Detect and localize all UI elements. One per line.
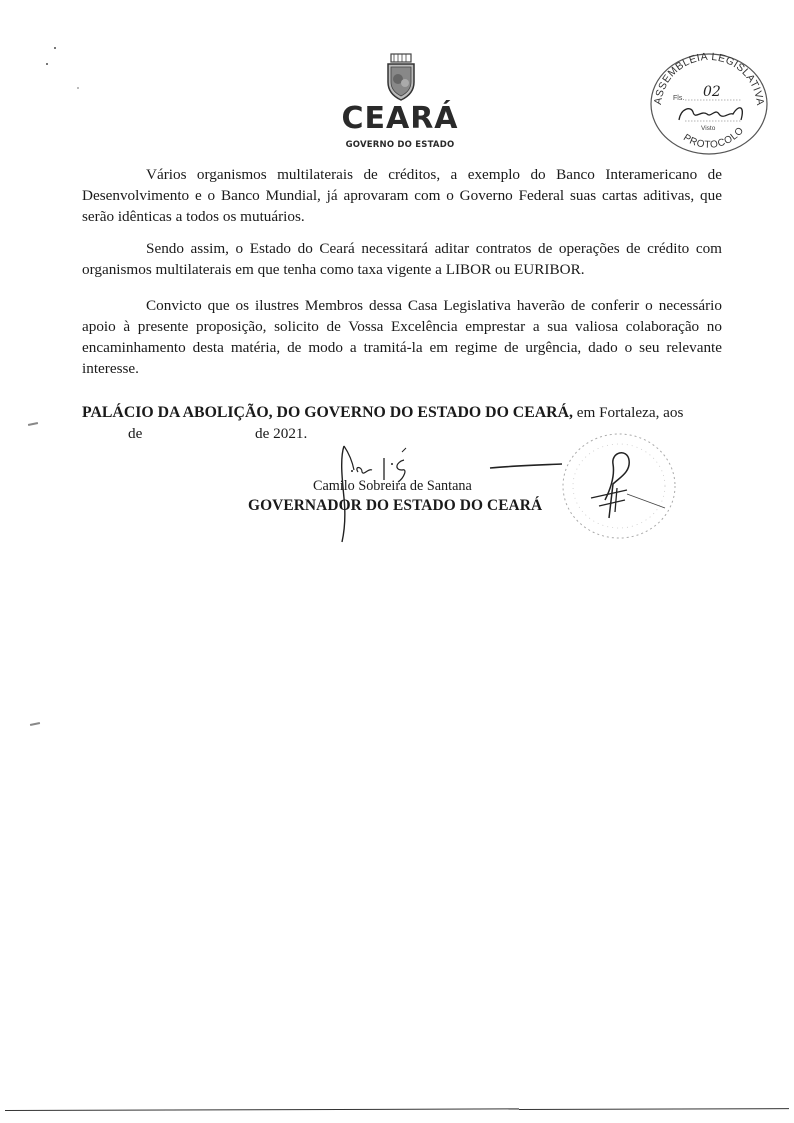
paragraph-3-text: Convicto que os ilustres Membros dessa C… <box>82 297 722 377</box>
scan-speck <box>77 87 79 89</box>
paragraph-2-text: Sendo assim, o Estado do Ceará necessita… <box>82 240 722 278</box>
paragraph-1: Vários organismos multilaterais de crédi… <box>82 164 722 227</box>
closing-place-line: PALÁCIO DA ABOLIÇÃO, DO GOVERNO DO ESTAD… <box>82 402 722 423</box>
margin-mark <box>28 422 38 426</box>
bottom-rule <box>5 1108 519 1111</box>
paragraph-1-text: Vários organismos multilaterais de crédi… <box>82 166 722 225</box>
date-year-label: de 2021. <box>255 425 307 443</box>
closing-place-bold: PALÁCIO DA ABOLIÇÃO, DO GOVERNO DO ESTAD… <box>82 404 573 421</box>
paragraph-3: Convicto que os ilustres Membros dessa C… <box>82 295 722 379</box>
signer-title: GOVERNADOR DO ESTADO DO CEARÁ <box>248 497 542 515</box>
document-page: CEARÁ GOVERNO DO ESTADO ASSEMBLEIA LEGIS… <box>0 0 794 1123</box>
scan-speck <box>54 47 56 49</box>
signer-name: Camilo Sobreira de Santana <box>313 478 472 495</box>
fls-value: 02 <box>703 84 721 100</box>
logo-subtitle: GOVERNO DO ESTADO <box>330 140 470 150</box>
visto-label: Visto <box>701 125 716 132</box>
scan-speck <box>46 63 48 65</box>
date-day-label: de <box>128 425 142 443</box>
paragraph-2: Sendo assim, o Estado do Ceará necessita… <box>82 238 722 280</box>
state-coat-of-arms-icon <box>385 52 417 102</box>
bottom-rule <box>519 1108 789 1110</box>
logo-wordmark: CEARÁ <box>330 104 470 134</box>
margin-mark <box>30 722 40 726</box>
closing-place-rest: em Fortaleza, aos <box>573 404 684 421</box>
protocol-stamp: ASSEMBLEIA LEGISLATIVA DO CEARÁ PROTOCOL… <box>645 48 773 156</box>
fls-label: Fls. <box>673 95 684 102</box>
official-seal-with-initials <box>555 428 680 543</box>
